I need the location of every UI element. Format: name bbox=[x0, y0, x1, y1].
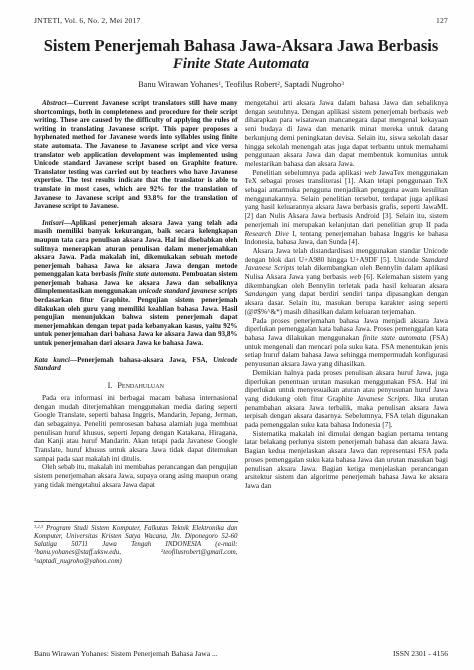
paper-title-line1: Sistem Penerjemah Bahasa Jawa-Aksara Jaw… bbox=[34, 36, 448, 55]
intisari-paragraph: Intisari—Aplikasi penerjemah aksara Jawa… bbox=[34, 219, 238, 348]
body-paragraph: Oleh sebab itu, makalah ini membahas per… bbox=[34, 463, 238, 489]
body-paragraph: Aksara Jawa telah distandardisasi menggu… bbox=[245, 247, 449, 317]
section-heading-pendahuluan: I.Pendahuluan bbox=[34, 381, 238, 390]
journal-info: JNTETI, Vol. 6, No. 2, Mei 2017 bbox=[34, 16, 141, 25]
footer-running-title: Banu Wirawan Yohanes: Sistem Penerjemah … bbox=[34, 649, 218, 658]
paper-page: JNTETI, Vol. 6, No. 2, Mei 2017 127 Sist… bbox=[0, 0, 474, 670]
page-number: 127 bbox=[436, 16, 448, 25]
section-title: Pendahuluan bbox=[117, 381, 164, 390]
title-block: Sistem Penerjemah Bahasa Jawa-Aksara Jaw… bbox=[34, 36, 448, 73]
right-column: mengetahui arti aksara Jawa dalam bahasa… bbox=[245, 99, 449, 566]
paper-title-line2: Finite State Automata bbox=[34, 55, 448, 73]
authors-line: Banu Wirawan Yohanes1, Teofilus Robert2,… bbox=[34, 80, 448, 89]
body-paragraph: Pada era informasi ini berbagai macam ba… bbox=[34, 394, 238, 464]
body-paragraph: mengetahui arti aksara Jawa dalam bahasa… bbox=[245, 99, 449, 169]
body-paragraph: Pada proses penerjemahan bahasa Jawa men… bbox=[245, 317, 449, 369]
author-affiliation-footnote: 1,2,3 Program Studi Sistem Komputer, Fal… bbox=[34, 521, 238, 566]
left-column: Abstract—Current Javanese script transla… bbox=[34, 99, 238, 566]
running-head: JNTETI, Vol. 6, No. 2, Mei 2017 127 bbox=[34, 16, 448, 25]
page-footer: Banu Wirawan Yohanes: Sistem Penerjemah … bbox=[34, 649, 448, 658]
keywords-paragraph: Kata kunci—Penerjemah bahasa-aksara Jawa… bbox=[34, 356, 238, 373]
footer-issn: ISSN 2301 - 4156 bbox=[393, 649, 448, 658]
abstract-paragraph: Abstract—Current Javanese script transla… bbox=[34, 99, 238, 211]
body-paragraph: Sistematika makalah ini dimulai dengan b… bbox=[245, 430, 449, 491]
body-paragraph: Penelitian sebelumnya pada aplikasi web … bbox=[245, 169, 449, 247]
section-number: I. bbox=[108, 381, 113, 390]
body-paragraph: Demikian halnya pada proses penulisan ak… bbox=[245, 369, 449, 430]
two-column-body: Abstract—Current Javanese script transla… bbox=[34, 99, 448, 566]
